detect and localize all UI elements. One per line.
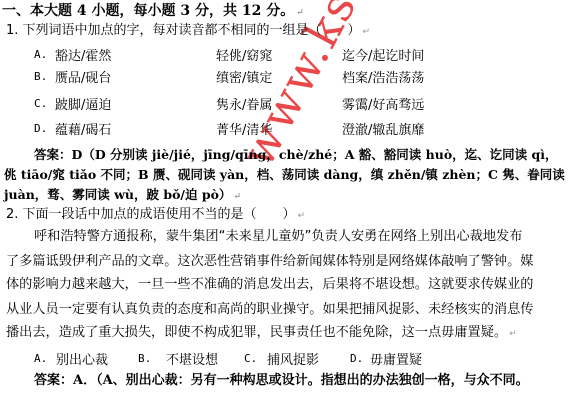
q1-answer-line-3-text: juàn，骛、雾同读 wù，跛 bǒ/迫 pò） (4, 187, 231, 202)
q1-answer-line-3: juàn，骛、雾同读 wù，跛 bǒ/迫 pò）↵ (4, 186, 241, 206)
q2-passage-line-5: 播出去，造成了重大损失，即使不构成犯罪，民事责任也不能免除，这一点毋庸置疑。↵ (6, 324, 517, 343)
option-label: D. (350, 352, 363, 365)
option-label: A. (34, 48, 47, 61)
q2-option-a: 别出心裁 (56, 349, 108, 368)
section-header-text: 一、本大题 4 小题，每小题 3 分，共 12 分。 (2, 3, 294, 19)
option-pair-1: 豁达/霍然 (55, 45, 111, 64)
return-mark-icon: ↵ (363, 27, 371, 37)
option-label: B. (138, 352, 151, 365)
option-pair-3: 档案/浩浩荡荡 (342, 67, 424, 86)
option-pair-3: 澄澈/辙乱旗靡 (342, 119, 424, 138)
option-pair-1: 赝品/砚台 (55, 67, 111, 86)
return-mark-icon: ↵ (296, 8, 304, 18)
q1-stem-text: 1. 下列词语中加点的字，每对读音都不相同的一组是（ ） (6, 23, 361, 38)
q2-passage-line-5-text: 播出去，造成了重大损失，即使不构成犯罪，民事责任也不能免除，这一点毋庸置疑。 (6, 325, 507, 340)
option-pair-2: 缜密/镇定 (216, 67, 272, 86)
option-pair-1: 蕴藉/碣石 (55, 119, 111, 138)
q2-passage-line-4: 从业人员一定要有认真负责的态度和高尚的职业操守。如果把捕风捉影、未经核实的消息传 (6, 301, 534, 319)
q2-stem-text: 2. 下面一段话中加点的成语使用不当的是（ ） (6, 207, 296, 222)
q2-passage-line-1: 呼和浩特警方通报称，蒙牛集团“未来星儿童奶”负责人安勇在网络上别出心裁地发布 (34, 228, 522, 246)
option-pair-3: 迄今/起讫时间 (342, 45, 424, 64)
q2-option-d: 毋庸置疑 (370, 349, 422, 368)
option-label: C. (244, 352, 257, 365)
q2-passage-line-3: 体的影响力越来越大，一旦一些不准确的消息发出去，后果将不堪设想。这就要求传媒业的 (6, 276, 534, 294)
option-label: B. (34, 70, 47, 83)
return-mark-icon: ↵ (509, 329, 517, 339)
option-label: A. (34, 352, 47, 365)
option-pair-3: 雾霭/好高骛远 (342, 94, 424, 113)
return-mark-icon: ↵ (233, 192, 241, 202)
section-header: 一、本大题 4 小题，每小题 3 分，共 12 分。↵ (2, 2, 304, 22)
q1-answer-line-2: 佻 tiāo/窕 tiǎo 不同；B 赝、砚同读 yàn，档、荡同读 dàng，… (4, 166, 565, 184)
option-label: D. (34, 122, 47, 135)
q1-stem: 1. 下列词语中加点的字，每对读音都不相同的一组是（ ）↵ (6, 22, 370, 41)
return-mark-icon: ↵ (298, 211, 306, 221)
option-label: C. (34, 97, 47, 110)
q2-passage-line-2: 了多篇诋毁伊利产品的文章。这次恶性营销事件给新闻媒体特别是网络媒体敲响了警钟。媒 (6, 253, 534, 271)
option-pair-2: 隽永/眷属 (216, 94, 272, 113)
option-pair-1: 跛脚/逼迫 (55, 94, 111, 113)
q2-stem: 2. 下面一段话中加点的成语使用不当的是（ ）↵ (6, 206, 305, 225)
option-pair-2: 菁华/清华 (216, 119, 272, 138)
option-pair-2: 轻佻/窈窕 (216, 45, 272, 64)
q2-option-b: 不堪设想 (166, 349, 218, 368)
q2-answer: 答案：A．（A、别出心裁：另有一种构思或设计。指想出的办法独创一格，与众不同。 (34, 372, 529, 390)
q2-option-c: 捕风捉影 (267, 349, 319, 368)
q1-answer-line-1: 答案：D（D 分别读 jiè/jié，jīng/qīng，chè/zhé；A 豁… (34, 146, 558, 164)
